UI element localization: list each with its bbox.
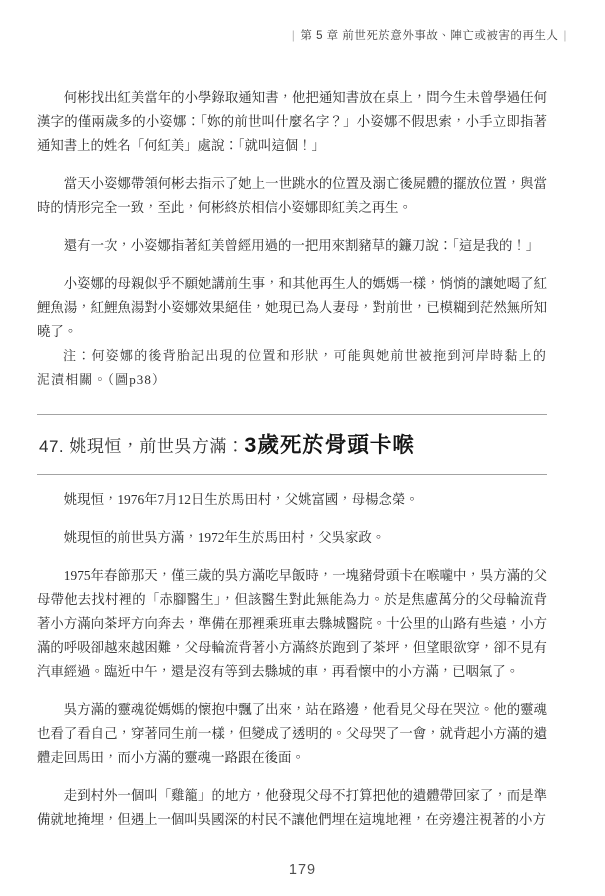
page-number: 179 (0, 862, 605, 878)
paragraph: 何彬找出紅美當年的小學錄取通知書，他把通知書放在桌上，問今生未曾學過任何漢字的僅… (37, 86, 547, 158)
paragraph: 走到村外一個叫「雞籠」的地方，他發現父母不打算把他的遺體帶回家了，而是準備就地掩… (37, 784, 547, 832)
author-note: 注：何姿娜的後背胎記出現的位置和形狀，可能與她前世被拖到河岸時黏上的泥漬相關。（… (37, 344, 547, 392)
chapter-running-head: |第 5 章 前世死於意外事故、陣亡或被害的再生人| (287, 27, 572, 43)
paragraph: 姚現恒，1976年7月12日生於馬田村，父姚富國，母楊念榮。 (37, 488, 547, 512)
running-head-bar-right: | (558, 28, 572, 42)
paragraph: 吳方滿的靈魂從媽媽的懷抱中飄了出來，站在路邊，他看見父母在哭泣。他的靈魂也看了看… (37, 698, 547, 770)
section-body: 姚現恒，1976年7月12日生於馬田村，父姚富國，母楊念榮。 姚現恒的前世吳方滿… (37, 488, 547, 832)
section-heading: 47. 姚現恒，前世吳方滿：3歲死於骨頭卡喉 (37, 414, 547, 475)
paragraph: 小姿娜的母親似乎不願她講前生事，和其他再生人的媽媽一樣，悄悄的讓她喝了紅鯉魚湯，… (37, 272, 547, 344)
running-head-bar-left: | (287, 28, 301, 42)
paragraph: 當天小姿娜帶領何彬去指示了她上一世跳水的位置及溺亡後屍體的擺放位置，與當時的情形… (37, 172, 547, 220)
paragraph: 還有一次，小姿娜指著紅美曾經用過的一把用來割豬草的鐮刀說：「這是我的！」 (37, 234, 547, 258)
paragraph: 姚現恒的前世吳方滿，1972年生於馬田村，父吳家政。 (37, 526, 547, 550)
paragraph: 1975年春節那天，僅三歲的吳方滿吃早飯時，一塊豬骨頭卡在喉嚨中，吳方滿的父母帶… (37, 564, 547, 684)
page-content: 何彬找出紅美當年的小學錄取通知書，他把通知書放在桌上，問今生未曾學過任何漢字的僅… (37, 86, 547, 846)
book-page: |第 5 章 前世死於意外事故、陣亡或被害的再生人| 何彬找出紅美當年的小學錄取… (0, 0, 605, 896)
running-head-title: 第 5 章 前世死於意外事故、陣亡或被害的再生人 (300, 30, 558, 42)
section-number-title: 47. 姚現恒，前世吳方滿： (39, 437, 244, 456)
section-subtitle: 3歲死於骨頭卡喉 (244, 433, 414, 457)
